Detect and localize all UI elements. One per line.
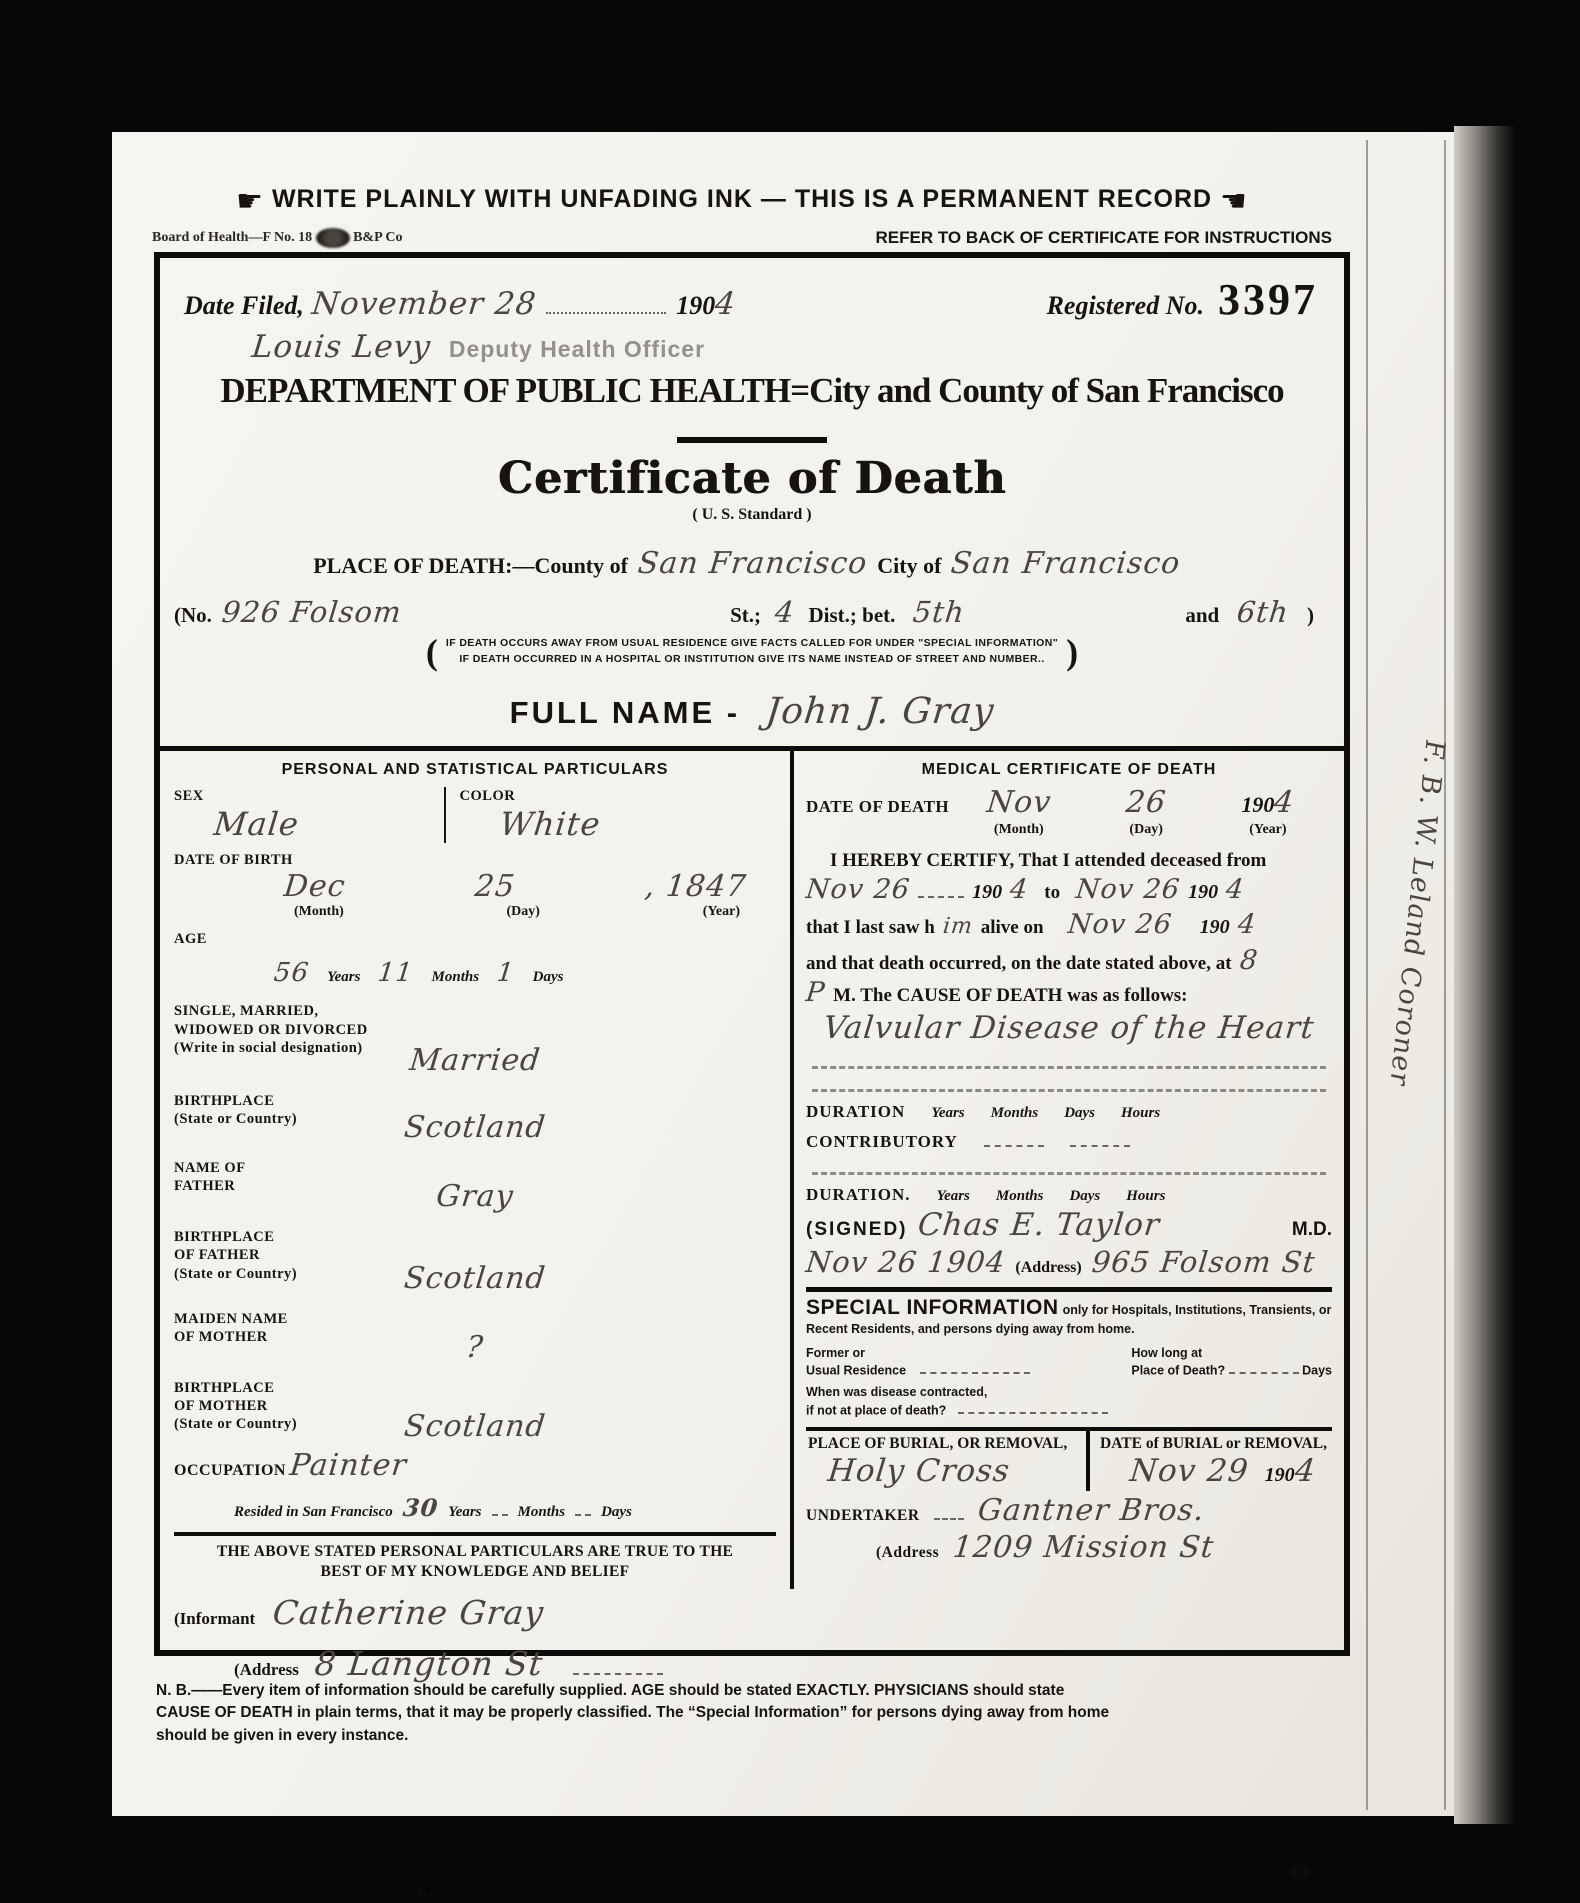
dod-month-value: Nov [985,785,1053,820]
resided-label: Resided in San Francisco [234,1504,393,1521]
md-label: M.D. [1292,1219,1332,1241]
marital-label-2: WIDOWED OR DIVORCED [174,1022,368,1038]
date-filed-label: Date Filed, [184,291,304,321]
banner-text: WRITE PLAINLY WITH UNFADING INK — THIS I… [272,185,1212,213]
close-paren: ) [1307,603,1314,628]
marital-value: Married [172,1043,778,1078]
color-label: COLOR [460,787,776,805]
residence-note: ( IF DEATH OCCURS AWAY FROM USUAL RESIDE… [160,631,1344,673]
refer-note: REFER TO BACK OF CERTIFICATE FOR INSTRUC… [876,228,1332,248]
father-label-1: NAME OF [174,1160,246,1176]
truth-text: THE ABOVE STATED PERSONAL PARTICULARS AR… [174,1542,776,1582]
page-stack-line [1366,140,1368,1810]
birthplace-value: Scotland [172,1110,778,1145]
fill-line [958,1401,1108,1414]
mother-value: ? [172,1330,778,1365]
informant-label: (Informant [174,1609,255,1629]
contributory-label: CONTRIBUTORY [806,1132,958,1152]
subheader-row: Board of Health—F No. 18 B&P Co REFER TO… [152,228,1332,248]
fill-line [1070,1130,1130,1146]
residence-note-line1: IF DEATH OCCURS AWAY FROM USUAL RESIDENC… [446,637,1058,649]
former-label-2: Usual Residence [806,1363,906,1377]
fill-line [492,1501,508,1517]
duration-hours-caption: Hours [1121,1105,1160,1122]
signed-date-value: Nov 26 1904 [804,1245,1007,1279]
duration-row-1: DURATION Years Months Days Hours [806,1102,1332,1122]
death-hour-value: 8 [1238,945,1259,976]
occupation-value: Painter [288,1448,408,1483]
dob-captions: (Month) (Day) (Year) [174,904,776,920]
residence-note-lines: IF DEATH OCCURS AWAY FROM USUAL RESIDENC… [446,636,1058,668]
certificate-page: ☛ WRITE PLAINLY WITH UNFADING INK — THIS… [112,132,1454,1816]
to-label: to [1044,880,1060,906]
month-caption: (Month) [294,904,344,920]
city-value: San Francisco [950,546,1183,581]
footer-note: N. B.——Every item of information should … [156,1680,1116,1747]
fill-line [918,881,964,897]
physician-address-value: 965 Folsom St [1090,1245,1317,1279]
pointing-hand-left-icon: ☚ [1220,184,1248,219]
truth-statement: THE ABOVE STATED PERSONAL PARTICULARS AR… [174,1532,776,1582]
burial-date-label: DATE of BURIAL or REMOVAL, [1100,1435,1330,1453]
residence-howlong-row: Former or Usual Residence How long at Pl… [806,1346,1332,1380]
dod-month-caption: (Month) [994,822,1044,837]
date-filed-year-hw: 4 [713,286,738,322]
attended-to-year-hw: 4 [1225,874,1246,905]
fill-line [984,1130,1044,1146]
dist-label: Dist.; bet. [808,603,895,628]
signed-label: (SIGNED) [806,1219,908,1241]
st-label: St.; [730,603,761,628]
informant-value: Catherine Gray [271,1593,546,1632]
personal-section-title: PERSONAL AND STATISTICAL PARTICULARS [174,757,776,779]
fill-line [575,1501,591,1517]
board-of-health-seal [316,228,350,248]
medical-section-title: MEDICAL CERTIFICATE OF DEATH [806,757,1332,779]
special-information-title: SPECIAL INFORMATION [806,1296,1059,1319]
undertaker-address-row: (Address 1209 Mission St [806,1530,1332,1565]
contracted-label-1: When was disease contracted, [806,1385,987,1399]
color-value: White [498,805,603,843]
mother-bp-label-1: BIRTHPLACE [174,1380,274,1396]
attended-to-year-printed: 190 [1188,881,1218,904]
close-paren-icon: ) [1058,631,1086,673]
years-caption: Years [327,969,360,986]
signed-date-row: Nov 26 1904 (Address) 965 Folsom St [806,1245,1332,1279]
father-bp-label-1: BIRTHPLACE [174,1229,274,1245]
age-years-value: 56 [272,958,310,988]
dob-month-value: Dec [282,869,347,904]
mother-label-1: MAIDEN NAME [174,1311,288,1327]
age-label: AGE [174,930,776,948]
duration-years-caption: Years [931,1105,964,1122]
attended-to-value: Nov 26 [1074,874,1181,905]
mother-birthplace-field: BIRTHPLACE OF MOTHER (State or Country) … [174,1379,776,1444]
howlong-label-2: Place of Death? [1131,1363,1225,1377]
date-filed-year-printed: 190 [676,291,715,321]
last-saw-year-hw: 4 [1236,909,1257,940]
last-saw-suffix: alive on [981,915,1044,941]
health-officer-title-stamp: Deputy Health Officer [449,336,705,362]
sex-value: Male [212,805,301,843]
age-values: 56 Years 11 Months 1 Days [174,948,776,988]
truth-line-2: BEST OF MY KNOWLEDGE AND BELIEF [321,1563,630,1580]
undertaker-row: UNDERTAKER Gantner Bros. [806,1493,1332,1528]
dod-year-caption: (Year) [1249,822,1286,837]
howlong-days-caption: Days [1302,1363,1332,1377]
registered-no-label: Registered No. [1047,291,1204,321]
dod-day-caption: (Day) [1129,822,1162,837]
resided-months-caption: Months [518,1504,566,1521]
resided-row: Resided in San Francisco 30 Years Months… [174,1493,776,1522]
undertaker-address-value: 1209 Mission St [951,1530,1216,1565]
former-residence-label: Former or Usual Residence [806,1346,1030,1380]
duration-label-1: DURATION [806,1102,905,1122]
father-value: Gray [172,1179,778,1214]
occurred-text: and that death occurred, on the date sta… [806,951,1232,977]
informant-address-row: (Address 8 Langton St [174,1644,776,1683]
street-value: 926 Folsom [220,595,403,629]
dob-values: Dec 25 , 1847 [174,869,776,904]
officer-row: Louis Levy Deputy Health Officer [160,325,1344,365]
filed-row: Date Filed, November 28 190 4 Registered… [160,258,1344,325]
two-column-area: PERSONAL AND STATISTICAL PARTICULARS SEX… [160,746,1344,1589]
fill-line [1229,1361,1299,1374]
district-value: 4 [773,595,796,629]
title-rule [677,437,827,443]
truth-line-1: THE ABOVE STATED PERSONAL PARTICULARS AR… [217,1543,733,1560]
attended-from-year-hw: 4 [1008,874,1029,905]
meridiem-hw-value: P [804,977,826,1008]
date-of-death-field: DATE OF DEATH Nov (Month) 26 (Day) [806,785,1332,838]
form-number: Board of Health—F No. 18 B&P Co [152,228,402,248]
certificate-box: Date Filed, November 28 190 4 Registered… [154,252,1350,1656]
last-saw-date-value: Nov 26 [1066,909,1173,940]
attended-from-year-printed: 190 [972,881,1002,904]
street-row: (No. 926 Folsom St.; 4 Dist.; bet. 5th a… [160,581,1344,629]
mother-maiden-field: MAIDEN NAME OF MOTHER ? [174,1310,776,1365]
informant-address-value: 8 Langton St [313,1644,545,1683]
age-days-value: 1 [495,958,516,988]
scan-speck [418,1890,427,1897]
resided-years-caption: Years [448,1504,481,1521]
last-saw-year-printed: 190 [1200,916,1230,939]
year-caption: (Year) [703,904,740,920]
date-of-death-values: Nov (Month) 26 (Day) 1904 (Year) [949,785,1332,838]
fill-line [546,298,666,314]
dod-year-printed: 190 [1241,792,1274,817]
sex-field: SEX Male [174,787,444,843]
months-caption: Months [432,969,480,986]
burial-year-printed: 190 [1265,1464,1295,1486]
place-of-death-row: PLACE OF DEATH:—County of San Francisco … [160,546,1344,581]
attended-row: Nov 26 1904 to Nov 26 1904 [806,874,1332,906]
duration2-months-caption: Months [996,1188,1044,1205]
place-of-death-label: PLACE OF DEATH:—County of [313,553,628,579]
day-caption: (Day) [507,904,540,920]
and-label: and [1185,603,1219,628]
scan-speck [560,1886,566,1891]
former-label-1: Former or [806,1346,865,1360]
full-name-value: John J. Gray [764,691,997,732]
color-field: COLOR White [444,787,776,843]
resided-years-value: 30 [401,1493,439,1522]
birthplace-field: BIRTHPLACE (State or Country) Scotland [174,1092,776,1145]
registered-no-value: 3397 [1218,274,1318,325]
undertaker-label: UNDERTAKER [806,1507,920,1525]
dod-day-value: 26 [1124,785,1168,820]
informant-address-label: (Address [234,1660,299,1680]
days-caption: Days [533,969,564,986]
burial-date-value: Nov 29 [1128,1453,1250,1489]
page-curl-shadow [1454,126,1514,1824]
duration2-years-caption: Years [937,1188,970,1205]
personal-column: PERSONAL AND STATISTICAL PARTICULARS SEX… [160,751,790,1589]
residence-note-line2: IF DEATH OCCURRED IN A HOSPITAL OR INSTI… [459,653,1044,665]
scanned-document: ☛ WRITE PLAINLY WITH UNFADING INK — THIS… [0,0,1580,1903]
physician-signature: Chas E. Taylor [916,1207,1162,1243]
city-label: City of [877,553,941,579]
pointing-hand-right-icon: ☛ [236,184,264,219]
department-title: DEPARTMENT OF PUBLIC HEALTH=City and Cou… [160,371,1344,411]
sex-label: SEX [174,787,444,805]
full-name-label: FULL NAME - [510,695,740,731]
occupation-label: OCCUPATION [174,1461,286,1481]
scan-speck [1290,1864,1310,1880]
signed-row: (SIGNED) Chas E. Taylor M.D. [806,1207,1332,1243]
contributory-row: CONTRIBUTORY [806,1130,1332,1151]
banner: ☛ WRITE PLAINLY WITH UNFADING INK — THIS… [152,184,1332,219]
date-filed-value: November 28 [310,286,538,322]
fill-line [812,1162,1326,1175]
health-officer-signature: Louis Levy [250,329,433,365]
burial-place-value: Holy Cross [826,1453,1012,1489]
cause-of-death-label: M. The CAUSE OF DEATH was as follows: [833,983,1187,1009]
fill-line [573,1658,663,1674]
dod-year-hw: 4 [1272,785,1296,820]
special-information-section: SPECIAL INFORMATION only for Hospitals, … [806,1287,1332,1419]
howlong-label: How long at Place of Death? Days [1131,1346,1332,1380]
howlong-label-1: How long at [1131,1346,1202,1360]
duration2-hours-caption: Hours [1126,1188,1165,1205]
open-paren: ( [418,631,446,673]
undertaker-value: Gantner Bros. [976,1493,1206,1528]
certificate-title: Certificate of Death [160,453,1344,504]
dob-field: DATE OF BIRTH Dec 25 , 1847 (Month) (Day… [174,851,776,920]
last-saw-him-hw: im [941,914,974,939]
dob-day-value: 25 [473,869,517,904]
fill-line [812,1056,1326,1069]
between2-value: 6th [1235,595,1290,629]
dob-label: DATE OF BIRTH [174,851,776,869]
meridiem-row: P M. The CAUSE OF DEATH was as follows: [806,977,1332,1009]
informant-row: (Informant Catherine Gray [174,1593,776,1632]
date-of-death-label: DATE OF DEATH [806,797,949,817]
dob-year-value: , 1847 [643,869,748,904]
between1-value: 5th [912,595,967,629]
marital-field: SINGLE, MARRIED, WIDOWED OR DIVORCED (Wr… [174,1002,776,1077]
us-standard-note: ( U. S. Standard ) [160,506,1344,524]
occupation-field: OCCUPATION Painter [174,1448,776,1483]
father-birthplace-field: BIRTHPLACE OF FATHER (State or Country) … [174,1228,776,1295]
undertaker-address-label: (Address [876,1544,939,1562]
last-saw-row: that I last saw h im alive on Nov 26 190… [806,909,1332,941]
father-name-field: NAME OF FATHER Gray [174,1159,776,1214]
no-label: (No. [174,603,212,628]
age-months-value: 11 [377,958,415,988]
last-saw-prefix: that I last saw h [806,915,935,941]
duration-row-2: DURATION. Years Months Days Hours [806,1185,1332,1205]
burial-place-field: PLACE OF BURIAL, OR REMOVAL, Holy Cross [806,1431,1090,1491]
burial-year-hw: 4 [1293,1453,1318,1489]
contracted-label-2: if not at place of death? [806,1403,946,1417]
fill-line [934,1503,964,1519]
certify-text: I HEREBY CERTIFY, That I attended deceas… [806,848,1332,874]
fill-line [920,1361,1030,1374]
burial-section: PLACE OF BURIAL, OR REMOVAL, Holy Cross … [806,1427,1332,1491]
fill-line [812,1079,1326,1092]
physician-address-label: (Address) [1015,1259,1081,1277]
cause-of-death-value: Valvular Disease of the Heart [804,1010,1334,1046]
age-field: AGE 56 Years 11 Months 1 Days [174,930,776,988]
duration2-days-caption: Days [1069,1188,1100,1205]
resided-days-caption: Days [601,1504,632,1521]
full-name-row: FULL NAME - John J. Gray [160,691,1344,732]
burial-place-label: PLACE OF BURIAL, OR REMOVAL, [808,1435,1080,1453]
marital-label-1: SINGLE, MARRIED, [174,1003,319,1019]
printer-mark: B&P Co [353,230,402,245]
sex-color-row: SEX Male COLOR White [174,787,776,843]
medical-column: MEDICAL CERTIFICATE OF DEATH DATE OF DEA… [790,751,1344,1589]
birthplace-label-1: BIRTHPLACE [174,1093,274,1109]
duration-label-2: DURATION. [806,1185,911,1205]
page-stack-line [1444,140,1446,1810]
death-occurred-row: and that death occurred, on the date sta… [806,945,1332,977]
attended-from-value: Nov 26 [804,874,911,905]
duration-days-caption: Days [1064,1105,1095,1122]
duration-months-caption: Months [991,1105,1039,1122]
father-bp-value: Scotland [172,1261,778,1296]
contracted-row: When was disease contracted, if not at p… [806,1385,1332,1419]
mother-bp-value: Scotland [172,1409,778,1444]
burial-date-field: DATE of BURIAL or REMOVAL, Nov 29 1904 [1090,1431,1332,1491]
county-value: San Francisco [636,546,869,581]
form-number-text: Board of Health—F No. 18 [152,230,312,245]
